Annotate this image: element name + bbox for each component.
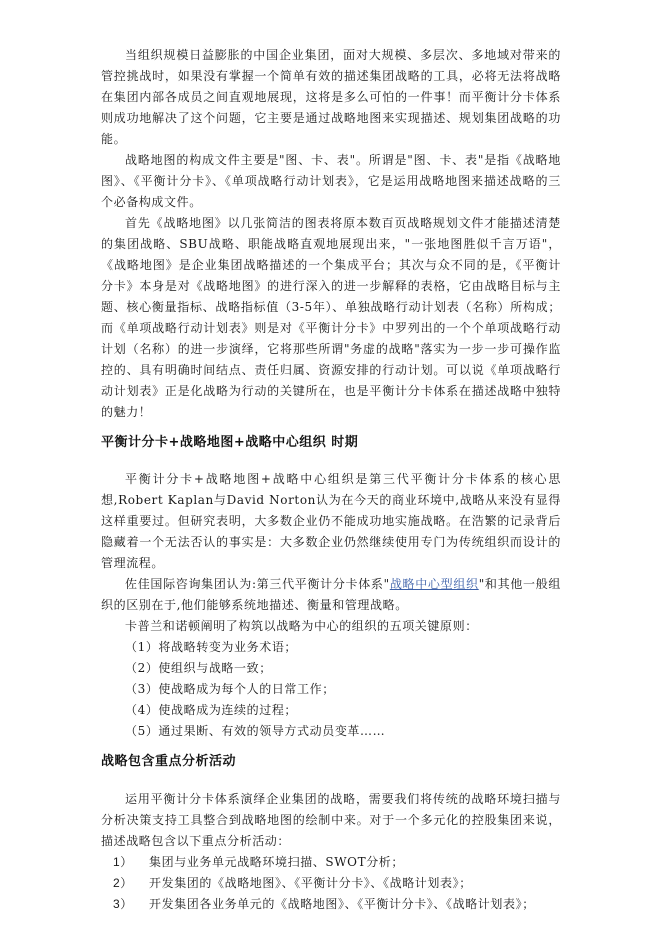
section-heading-bsc-period: 平衡计分卡+战略地图+战略中心组织 时期 (101, 433, 561, 453)
section1-paragraph-2-before: 佐佳国际咨询集团认为:第三代平衡计分卡体系" (125, 577, 390, 591)
principle-item: （3）使战略成为每个人的日常工作； (101, 679, 561, 700)
principle-item: （4）使战略成为连续的过程； (101, 700, 561, 721)
activity-number: 2） (113, 873, 149, 894)
intro-paragraph-1: 当组织规模日益膨胀的中国企业集团，面对大规模、多层次、多地域对带来的管控挑战时，… (101, 45, 561, 150)
section1-paragraph-2: 佐佳国际咨询集团认为:第三代平衡计分卡体系"战略中心型组织"和其他一般组织的区别… (101, 574, 561, 616)
document-page: 当组织规模日益膨胀的中国企业集团，面对大规模、多层次、多地域对带来的管控挑战时，… (101, 45, 561, 915)
section1-paragraph-1: 平衡计分卡+战略地图+战略中心组织是第三代平衡计分卡体系的核心思想,Robert… (101, 469, 561, 574)
activity-item: 1）集团与业务单元战略环境扫描、SWOT分析； (101, 852, 561, 873)
intro-paragraph-2: 战略地图的构成文件主要是"图、卡、表"。所谓是"图、卡、表"是指《战略地图》、《… (101, 150, 561, 213)
section-heading-analysis-activities: 战略包含重点分析活动 (101, 752, 561, 772)
principle-item: （5）通过果断、有效的领导方式动员变革…… (101, 721, 561, 742)
activity-text: 集团与业务单元战略环境扫描、SWOT分析； (149, 855, 404, 869)
principle-item: （1）将战略转变为业务术语； (101, 637, 561, 658)
section1-paragraph-3: 卡普兰和诺顿阐明了构筑以战略为中心的组织的五项关键原则： (101, 616, 561, 637)
section2-paragraph-1: 运用平衡计分卡体系演绎企业集团的战略，需要我们将传统的战略环境扫描与分析决策支持… (101, 789, 561, 852)
intro-paragraph-3: 首先《战略地图》以几张简洁的图表将原本数百页战略规划文件才能描述清楚的集团战略、… (101, 213, 561, 423)
activity-number: 1） (113, 852, 149, 873)
activity-item: 2）开发集团的《战略地图》、《平衡计分卡》、《战略计划表》； (101, 873, 561, 894)
principle-item: （2）使组织与战略一致； (101, 658, 561, 679)
strategy-focused-organization-link[interactable]: 战略中心型组织 (390, 577, 479, 591)
activity-text: 开发集团各业务单元的《战略地图》、《平衡计分卡》、《战略计划表》； (149, 897, 535, 911)
activity-number: 3） (113, 894, 149, 915)
activity-text: 开发集团的《战略地图》、《平衡计分卡》、《战略计划表》； (149, 876, 472, 890)
activity-item: 3）开发集团各业务单元的《战略地图》、《平衡计分卡》、《战略计划表》； (101, 894, 561, 915)
